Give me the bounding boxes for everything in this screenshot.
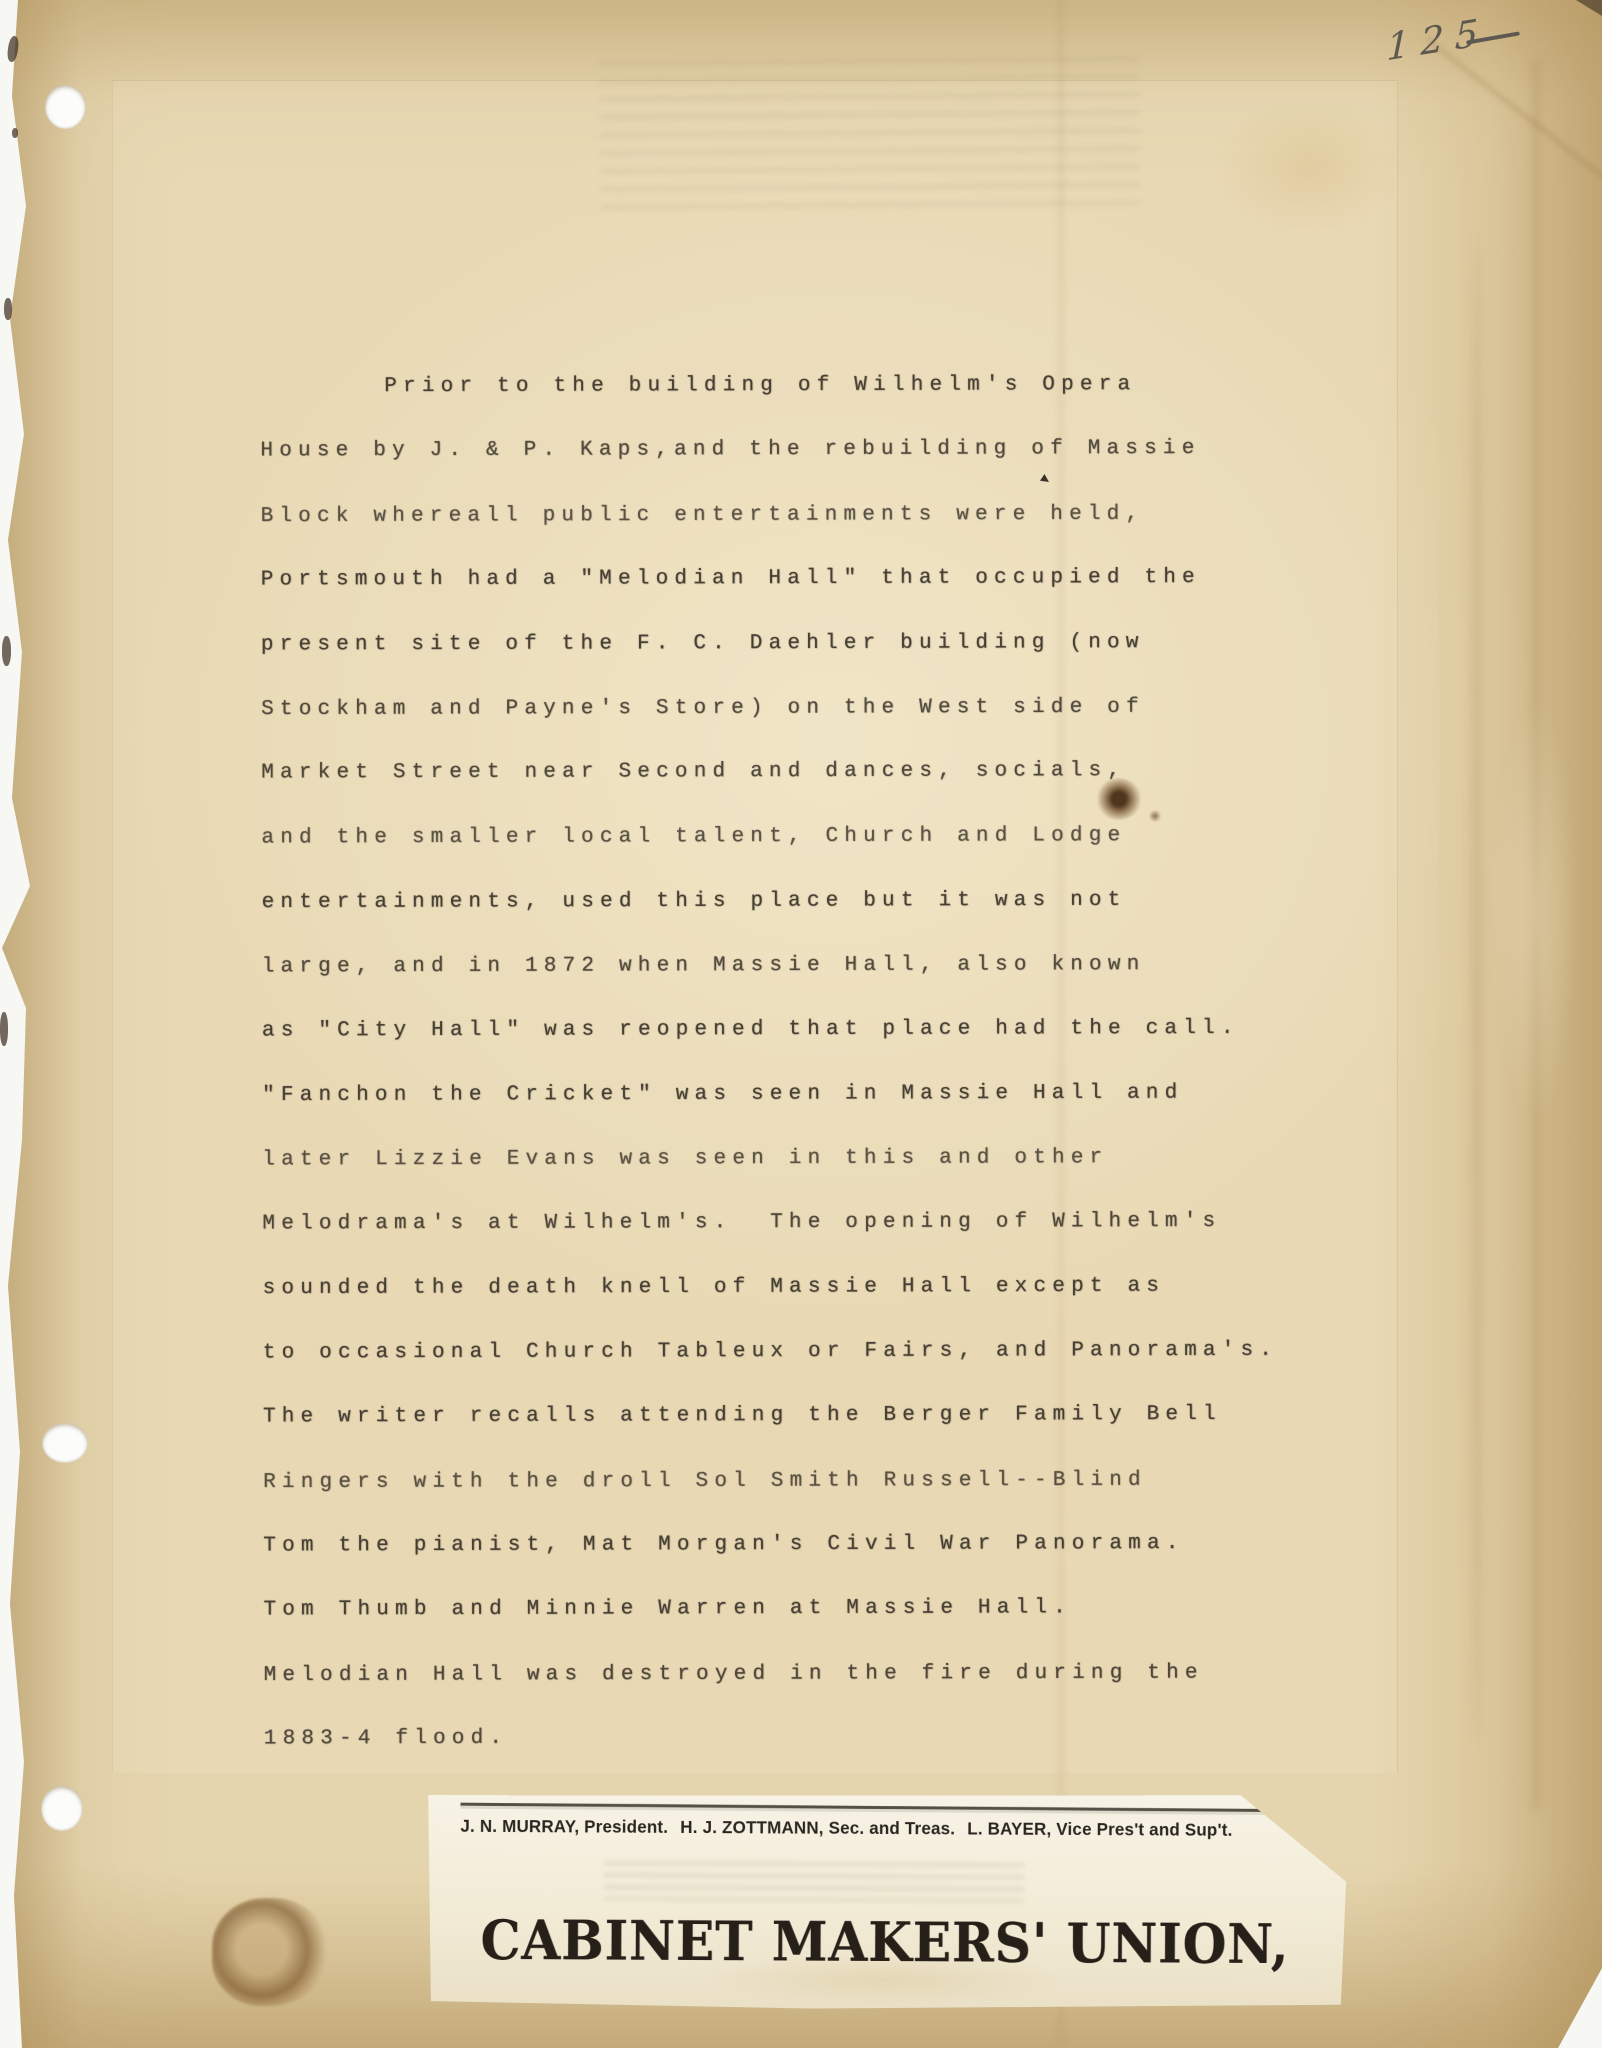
typed-line: Prior to the building of Wilhelm's Opera	[260, 353, 1360, 420]
typed-line: Stockham and Payne's Store) on the West …	[261, 675, 1361, 742]
punch-hole-middle	[42, 1423, 88, 1463]
typed-line: Melodrama's at Wilhelm's. The opening of…	[262, 1190, 1362, 1257]
ink-bleed-through	[599, 56, 1140, 211]
typed-line: Melodian Hall was destroyed in the fire …	[264, 1641, 1364, 1708]
clipping-headline: CABINET MAKERS' UNION,	[456, 1908, 1314, 1976]
torn-edge-fragment	[12, 128, 18, 138]
paper-crease	[1472, 240, 1482, 1740]
typed-line: Ringers with the droll Sol Smith Russell…	[263, 1448, 1363, 1515]
scrapbook-page: 125 Prior to the building of Wilhelm's O…	[0, 0, 1602, 2048]
typed-line: large, and in 1872 when Massie Hall, als…	[262, 932, 1362, 999]
typed-line: entertainments, used this place but it w…	[261, 868, 1361, 935]
torn-edge-fragment	[4, 298, 12, 320]
typed-line: 1883-4 flood.	[264, 1705, 1364, 1772]
typed-line: Tom Thumb and Minnie Warren at Massie Ha…	[263, 1576, 1363, 1643]
typed-line: Tom the pianist, Mat Morgan's Civil War …	[263, 1512, 1363, 1579]
punch-hole-bottom	[41, 1786, 83, 1831]
typed-line: Market Street near Second and dances, so…	[261, 739, 1361, 806]
paper-crease-highlight	[1490, 700, 1580, 1120]
typed-line: later Lizzie Evans was seen in this and …	[262, 1125, 1362, 1192]
torn-edge-fragment	[0, 1012, 8, 1046]
paper-stain	[1210, 96, 1410, 236]
officer-secretary-treasurer: H. J. ZOTTMANN, Sec. and Treas.	[680, 1817, 955, 1839]
typed-line: Block whereall public entertainments wer…	[260, 482, 1360, 549]
typed-line: The writer recalls attending the Berger …	[263, 1383, 1363, 1450]
typed-line: "Fanchon the Cricket" was seen in Massie…	[262, 1061, 1362, 1128]
typed-line: and the smaller local talent, Church and…	[261, 803, 1361, 870]
clipping-rule	[460, 1803, 1304, 1812]
typed-line: present site of the F. C. Daehler buildi…	[261, 610, 1361, 677]
punch-hole-top	[45, 85, 86, 129]
typed-line: House by J. & P. Kaps,and the rebuilding…	[260, 417, 1360, 484]
torn-edge-fragment	[2, 636, 11, 666]
officer-president: J. N. MURRAY, President.	[460, 1816, 668, 1838]
newspaper-clipping: J. N. MURRAY, President. H. J. ZOTTMANN,…	[423, 1790, 1346, 2013]
typed-line: sounded the death knell of Massie Hall e…	[263, 1255, 1363, 1322]
typed-line: as "City Hall" was reopened that place h…	[262, 996, 1362, 1063]
typed-letter-body: Prior to the building of Wilhelm's Opera…	[260, 353, 1364, 1772]
officer-vice-president: L. BAYER, Vice Pres't and Sup't.	[967, 1818, 1232, 1840]
typed-line: Portsmouth had a "Melodian Hall" that oc…	[261, 546, 1361, 613]
clipping-ghost-print	[604, 1861, 1024, 1903]
clipping-officers-row: J. N. MURRAY, President. H. J. ZOTTMANN,…	[460, 1816, 1232, 1841]
typed-line: to occasional Church Tableux or Fairs, a…	[263, 1318, 1363, 1385]
